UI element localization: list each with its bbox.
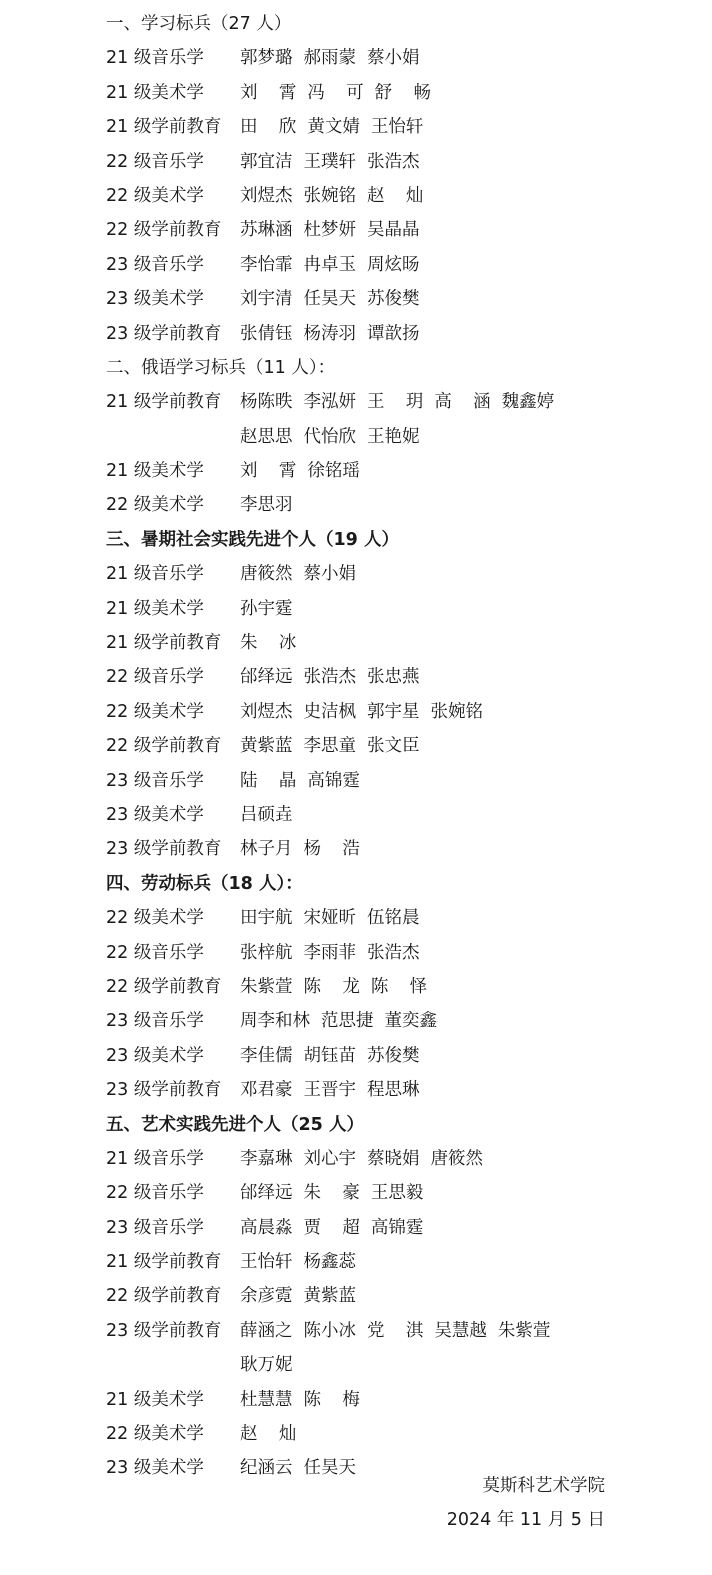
- student-name: 赵 灿: [240, 1417, 296, 1451]
- student-names: 吕硕垚: [240, 798, 304, 832]
- student-name: 刘心宇: [304, 1142, 357, 1176]
- student-name: 苏俊樊: [367, 282, 420, 316]
- student-names: 杜慧慧陈 梅: [240, 1383, 371, 1417]
- class-row: 22 级美术学赵 灿: [106, 1417, 606, 1451]
- student-names: 邰绎远张浩杰张忠燕: [240, 660, 431, 694]
- student-names: 刘煜杰张婉铭赵 灿: [240, 179, 434, 213]
- student-name: 陆 晶: [240, 764, 296, 798]
- class-label: 23 级音乐学: [106, 1004, 204, 1038]
- student-names: 郭梦璐郝雨蒙蔡小娟: [240, 41, 431, 75]
- class-label: 21 级学前教育: [106, 110, 221, 144]
- class-row: 22 级美术学刘煜杰张婉铭赵 灿: [106, 179, 606, 213]
- student-name: 史洁枫: [304, 695, 357, 729]
- signature-date: 2024 年 11 月 5 日: [447, 1503, 605, 1537]
- student-names: 孙宇霆: [240, 592, 304, 626]
- class-label: 22 级学前教育: [106, 1279, 221, 1313]
- student-name: 高晨淼: [240, 1211, 293, 1245]
- class-label: 23 级美术学: [106, 798, 204, 832]
- class-row: 23 级美术学吕硕垚: [106, 798, 606, 832]
- class-label: 23 级音乐学: [106, 764, 204, 798]
- class-label: 22 级学前教育: [106, 213, 221, 247]
- student-name: 范思捷: [321, 1004, 374, 1038]
- student-name: 纪涵云: [240, 1451, 293, 1485]
- student-name: 任昊天: [304, 282, 357, 316]
- class-row: 22 级学前教育余彦霓黄紫蓝: [106, 1279, 606, 1313]
- student-name: 张浩杰: [367, 145, 420, 179]
- student-name: 陈 龙: [304, 970, 360, 1004]
- class-label: 23 级学前教育: [106, 317, 221, 351]
- class-label: 22 级学前教育: [106, 729, 221, 763]
- student-name: 杨陈昳: [240, 385, 293, 419]
- student-names: 苏琳涵杜梦妍吴晶晶: [240, 213, 431, 247]
- student-name: 蔡晓娟: [367, 1142, 420, 1176]
- student-name: 高 涵: [434, 385, 490, 419]
- student-names: 王怡轩杨鑫蕊: [240, 1245, 367, 1279]
- student-names: 李怡霏冉卓玉周炫旸: [240, 248, 431, 282]
- class-row: 21 级学前教育杨陈昳李泓妍王 玥高 涵魏鑫婷: [106, 385, 606, 419]
- class-row: 23 级音乐学高晨淼贾 超高锦霆: [106, 1211, 606, 1245]
- student-name: 张婉铭: [431, 695, 484, 729]
- student-name: 唐筱然: [240, 557, 293, 591]
- student-name: 董奕鑫: [385, 1004, 438, 1038]
- student-names: 张梓航李雨菲张浩杰: [240, 936, 431, 970]
- student-name: 孙宇霆: [240, 592, 293, 626]
- class-label: 23 级美术学: [106, 282, 204, 316]
- student-name: 李泓妍: [304, 385, 357, 419]
- student-names: 郭宜洁王璞轩张浩杰: [240, 145, 431, 179]
- student-name: 党 淇: [367, 1314, 423, 1348]
- student-name: 王晋宇: [304, 1073, 357, 1107]
- class-row: 22 级美术学李思羽: [106, 488, 606, 522]
- student-name: 杨 浩: [304, 832, 360, 866]
- student-names: 杨陈昳李泓妍王 玥高 涵魏鑫婷: [240, 385, 565, 419]
- class-row: 22 级美术学田宇航宋娅昕伍铭晨: [106, 901, 606, 935]
- student-name: 黄紫蓝: [304, 1279, 357, 1313]
- student-names: 周李和林范思捷董奕鑫: [240, 1004, 448, 1038]
- student-name: 高锦霆: [371, 1211, 424, 1245]
- class-label: 21 级音乐学: [106, 41, 204, 75]
- student-name: 王怡轩: [240, 1245, 293, 1279]
- class-row: 22 级音乐学邰绎远朱 豪王思毅: [106, 1176, 606, 1210]
- student-name: 任昊天: [304, 1451, 357, 1485]
- class-label: 22 级音乐学: [106, 660, 204, 694]
- class-label: 23 级学前教育: [106, 1073, 221, 1107]
- section-heading: 五、艺术实践先进个人（25 人）: [106, 1108, 606, 1142]
- student-names: 陆 晶高锦霆: [240, 764, 371, 798]
- student-name: 宋娅昕: [304, 901, 357, 935]
- student-name: 耿万妮: [240, 1348, 293, 1382]
- class-row: 21 级音乐学唐筱然蔡小娟: [106, 557, 606, 591]
- student-names: 张倩钰杨涛羽谭歆扬: [240, 317, 431, 351]
- class-label: 22 级美术学: [106, 901, 204, 935]
- student-name: 刘宇清: [240, 282, 293, 316]
- award-list-document: 一、学习标兵（27 人）21 级音乐学郭梦璐郝雨蒙蔡小娟21 级美术学刘 霄冯 …: [106, 7, 606, 1486]
- student-name: 蔡小娟: [304, 557, 357, 591]
- student-name: 刘 霄: [240, 76, 296, 110]
- student-name: 张婉铭: [304, 179, 357, 213]
- student-name: 黄紫蓝: [240, 729, 293, 763]
- student-names: 赵 灿: [240, 1417, 307, 1451]
- student-name: 朱紫萱: [498, 1314, 551, 1348]
- student-name: 余彦霓: [240, 1279, 293, 1313]
- section-heading: 三、暑期社会实践先进个人（19 人）: [106, 523, 606, 557]
- class-label: 22 级美术学: [106, 179, 204, 213]
- student-name: 周炫旸: [367, 248, 420, 282]
- class-label: 22 级美术学: [106, 488, 204, 522]
- student-names: 田宇航宋娅昕伍铭晨: [240, 901, 431, 935]
- student-name: 陈小冰: [304, 1314, 357, 1348]
- class-row: 23 级音乐学周李和林范思捷董奕鑫: [106, 1004, 606, 1038]
- student-name: 郭宇星: [367, 695, 420, 729]
- student-names: 刘煜杰史洁枫郭宇星张婉铭: [240, 695, 494, 729]
- class-label: 23 级音乐学: [106, 248, 204, 282]
- class-label: 21 级学前教育: [106, 385, 221, 419]
- class-row: 22 级学前教育朱紫萱陈 龙陈 怿: [106, 970, 606, 1004]
- student-name: 胡钰苗: [304, 1039, 357, 1073]
- student-name: 李思童: [304, 729, 357, 763]
- student-name: 蔡小娟: [367, 41, 420, 75]
- student-name: 程思琳: [367, 1073, 420, 1107]
- student-name: 舒 畅: [375, 76, 431, 110]
- student-names: 李佳儒胡钰苗苏俊樊: [240, 1039, 431, 1073]
- class-label: 23 级美术学: [106, 1451, 204, 1485]
- student-name: 朱 豪: [304, 1176, 360, 1210]
- student-names: 耿万妮: [240, 1348, 304, 1382]
- student-names: 纪涵云任昊天: [240, 1451, 367, 1485]
- student-name: 田 欣: [240, 110, 296, 144]
- student-name: 郝雨蒙: [304, 41, 357, 75]
- class-row: 21 级学前教育朱 冰: [106, 626, 606, 660]
- class-row: 23 级美术学李佳儒胡钰苗苏俊樊: [106, 1039, 606, 1073]
- class-row: 23 级学前教育邓君豪王晋宇程思琳: [106, 1073, 606, 1107]
- student-name: 张倩钰: [240, 317, 293, 351]
- student-name: 朱紫萱: [240, 970, 293, 1004]
- student-names: 刘宇清任昊天苏俊樊: [240, 282, 431, 316]
- student-name: 张浩杰: [304, 660, 357, 694]
- student-names: 黄紫蓝李思童张文臣: [240, 729, 431, 763]
- class-row: 22 级音乐学张梓航李雨菲张浩杰: [106, 936, 606, 970]
- student-names: 薛涵之陈小冰党 淇吴慧越朱紫萱: [240, 1314, 561, 1348]
- student-name: 张浩杰: [367, 936, 420, 970]
- class-row: 23 级音乐学陆 晶高锦霆: [106, 764, 606, 798]
- class-label: 21 级音乐学: [106, 1142, 204, 1176]
- student-names: 刘 霄冯 可舒 畅: [240, 76, 442, 110]
- class-row: 21 级音乐学郭梦璐郝雨蒙蔡小娟: [106, 41, 606, 75]
- class-label: 22 级音乐学: [106, 1176, 204, 1210]
- student-name: 李嘉琳: [240, 1142, 293, 1176]
- student-name: 张梓航: [240, 936, 293, 970]
- student-name: 杜慧慧: [240, 1383, 293, 1417]
- class-label: 21 级美术学: [106, 76, 204, 110]
- class-row: 23 级音乐学李怡霏冉卓玉周炫旸: [106, 248, 606, 282]
- student-name: 高锦霆: [307, 764, 360, 798]
- student-name: 周李和林: [240, 1004, 310, 1038]
- student-name: 王璞轩: [304, 145, 357, 179]
- student-name: 刘煜杰: [240, 695, 293, 729]
- class-row: 21 级美术学孙宇霆: [106, 592, 606, 626]
- student-name: 陈 怿: [371, 970, 427, 1004]
- student-name: 朱 冰: [240, 626, 296, 660]
- class-row: 23 级学前教育薛涵之陈小冰党 淇吴慧越朱紫萱: [106, 1314, 606, 1348]
- class-row: 21 级美术学杜慧慧陈 梅: [106, 1383, 606, 1417]
- class-label: 21 级学前教育: [106, 626, 221, 660]
- class-label: 23 级美术学: [106, 1039, 204, 1073]
- class-label: 21 级学前教育: [106, 1245, 221, 1279]
- class-row: 赵思思代怡欣王艳妮: [106, 420, 606, 454]
- class-row: 22 级学前教育苏琳涵杜梦妍吴晶晶: [106, 213, 606, 247]
- student-name: 苏琳涵: [240, 213, 293, 247]
- student-name: 林子月: [240, 832, 293, 866]
- student-name: 邰绎远: [240, 1176, 293, 1210]
- student-names: 邰绎远朱 豪王思毅: [240, 1176, 434, 1210]
- section-heading: 二、俄语学习标兵（11 人）：: [106, 351, 606, 385]
- student-name: 黄文婧: [307, 110, 360, 144]
- class-row: 22 级音乐学郭宜洁王璞轩张浩杰: [106, 145, 606, 179]
- class-row: 21 级美术学刘 霄徐铭瑶: [106, 454, 606, 488]
- student-name: 代怡欣: [304, 420, 357, 454]
- student-name: 赵思思: [240, 420, 293, 454]
- student-names: 朱紫萱陈 龙陈 怿: [240, 970, 438, 1004]
- student-name: 谭歆扬: [367, 317, 420, 351]
- student-names: 赵思思代怡欣王艳妮: [240, 420, 431, 454]
- class-row: 21 级学前教育田 欣黄文婧王怡轩: [106, 110, 606, 144]
- class-label: 23 级音乐学: [106, 1211, 204, 1245]
- class-label: 21 级美术学: [106, 592, 204, 626]
- student-name: 陈 梅: [304, 1383, 360, 1417]
- student-name: 徐铭瑶: [307, 454, 360, 488]
- class-row: 21 级音乐学李嘉琳刘心宇蔡晓娟唐筱然: [106, 1142, 606, 1176]
- student-name: 杨鑫蕊: [304, 1245, 357, 1279]
- student-name: 王艳妮: [367, 420, 420, 454]
- class-label: 23 级学前教育: [106, 1314, 221, 1348]
- student-name: 郭梦璐: [240, 41, 293, 75]
- class-label: 21 级美术学: [106, 1383, 204, 1417]
- class-row: 23 级美术学刘宇清任昊天苏俊樊: [106, 282, 606, 316]
- student-name: 邓君豪: [240, 1073, 293, 1107]
- student-name: 唐筱然: [431, 1142, 484, 1176]
- section-heading: 一、学习标兵（27 人）: [106, 7, 606, 41]
- student-name: 吴晶晶: [367, 213, 420, 247]
- student-name: 魏鑫婷: [502, 385, 555, 419]
- student-name: 杜梦妍: [304, 213, 357, 247]
- student-name: 王 玥: [367, 385, 423, 419]
- student-name: 郭宜洁: [240, 145, 293, 179]
- student-name: 李佳儒: [240, 1039, 293, 1073]
- student-name: 张文臣: [367, 729, 420, 763]
- student-name: 杨涛羽: [304, 317, 357, 351]
- student-names: 高晨淼贾 超高锦霆: [240, 1211, 434, 1245]
- student-name: 王怡轩: [371, 110, 424, 144]
- student-name: 李怡霏: [240, 248, 293, 282]
- student-name: 田宇航: [240, 901, 293, 935]
- class-label: 22 级学前教育: [106, 970, 221, 1004]
- student-name: 赵 灿: [367, 179, 423, 213]
- student-names: 余彦霓黄紫蓝: [240, 1279, 367, 1313]
- student-names: 朱 冰: [240, 626, 307, 660]
- student-name: 王思毅: [371, 1176, 424, 1210]
- student-name: 苏俊樊: [367, 1039, 420, 1073]
- student-names: 李思羽: [240, 488, 304, 522]
- class-row: 22 级音乐学邰绎远张浩杰张忠燕: [106, 660, 606, 694]
- signature-institution: 莫斯科艺术学院: [483, 1469, 606, 1503]
- class-label: 23 级学前教育: [106, 832, 221, 866]
- student-name: 伍铭晨: [367, 901, 420, 935]
- student-name: 薛涵之: [240, 1314, 293, 1348]
- section-heading: 四、劳动标兵（18 人）：: [106, 867, 606, 901]
- student-names: 刘 霄徐铭瑶: [240, 454, 371, 488]
- class-row: 21 级美术学刘 霄冯 可舒 畅: [106, 76, 606, 110]
- student-name: 吕硕垚: [240, 798, 293, 832]
- student-names: 李嘉琳刘心宇蔡晓娟唐筱然: [240, 1142, 494, 1176]
- student-name: 冯 可: [307, 76, 363, 110]
- class-label: 21 级美术学: [106, 454, 204, 488]
- student-name: 邰绎远: [240, 660, 293, 694]
- student-name: 李思羽: [240, 488, 293, 522]
- class-row: 23 级学前教育林子月杨 浩: [106, 832, 606, 866]
- class-row: 22 级学前教育黄紫蓝李思童张文臣: [106, 729, 606, 763]
- student-names: 田 欣黄文婧王怡轩: [240, 110, 434, 144]
- class-label: 22 级音乐学: [106, 145, 204, 179]
- class-label: 22 级音乐学: [106, 936, 204, 970]
- student-name: 刘煜杰: [240, 179, 293, 213]
- student-name: 李雨菲: [304, 936, 357, 970]
- class-row: 23 级学前教育张倩钰杨涛羽谭歆扬: [106, 317, 606, 351]
- student-name: 贾 超: [304, 1211, 360, 1245]
- class-row: 耿万妮: [106, 1348, 606, 1382]
- student-name: 吴慧越: [434, 1314, 487, 1348]
- class-label: 21 级音乐学: [106, 557, 204, 591]
- class-row: 21 级学前教育王怡轩杨鑫蕊: [106, 1245, 606, 1279]
- student-names: 邓君豪王晋宇程思琳: [240, 1073, 431, 1107]
- student-name: 冉卓玉: [304, 248, 357, 282]
- student-names: 林子月杨 浩: [240, 832, 371, 866]
- class-label: 22 级美术学: [106, 1417, 204, 1451]
- student-names: 唐筱然蔡小娟: [240, 557, 367, 591]
- student-name: 刘 霄: [240, 454, 296, 488]
- class-label: 22 级美术学: [106, 695, 204, 729]
- class-row: 22 级美术学刘煜杰史洁枫郭宇星张婉铭: [106, 695, 606, 729]
- student-name: 张忠燕: [367, 660, 420, 694]
